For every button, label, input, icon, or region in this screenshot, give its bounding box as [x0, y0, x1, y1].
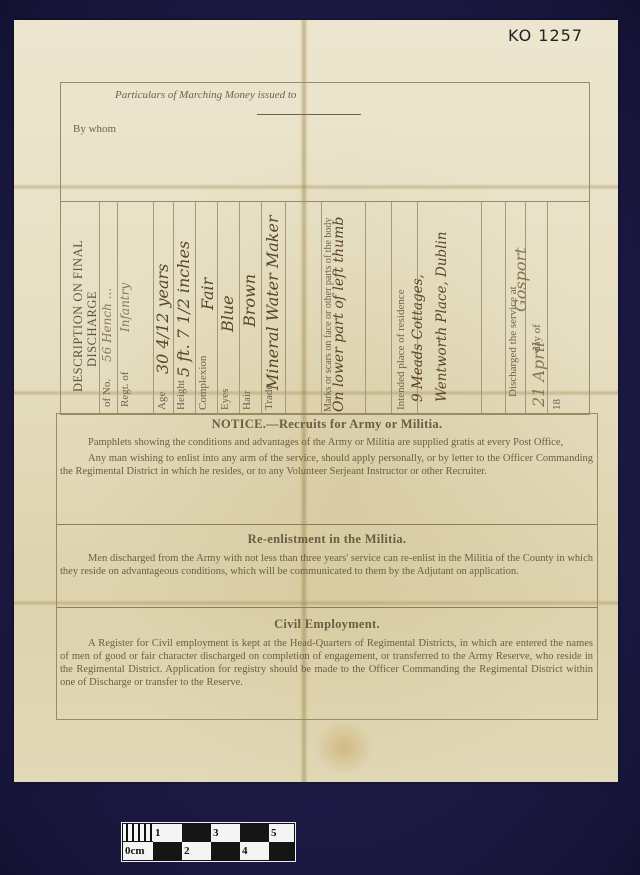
description-table: DESCRIPTION ON FINAL DISCHARGE of No. 56… — [60, 202, 590, 415]
notice-civil-employment: Civil Employment. A Register for Civil e… — [57, 617, 597, 689]
field-value-eyes: Blue — [218, 295, 237, 332]
field-value-marks: On lower part of left thumb — [331, 217, 347, 412]
field-value-no: 56 Hench ... — [100, 288, 114, 362]
water-stain — [314, 720, 374, 775]
scale-label-5: 5 — [269, 824, 294, 842]
notice-recruits-paragraph: Pamphlets showing the conditions and adv… — [57, 436, 597, 449]
field-value-complexion: Fair — [198, 278, 217, 310]
notice-reenlistment-title: Re-enlistment in the Militia. — [57, 532, 597, 547]
description-heading: DESCRIPTION ON FINAL — [71, 240, 86, 392]
field-value-trade: Mineral Water Maker — [263, 215, 282, 390]
field-label-height: Height — [175, 380, 187, 410]
field-label-age: Age — [156, 392, 168, 410]
notice-reenlistment-paragraph: Men discharged from the Army with not le… — [57, 552, 597, 578]
section-divider — [57, 607, 597, 608]
centimeter-scale-bar: 1 3 5 0cm 2 4 — [121, 822, 296, 862]
field-label-eyes: Eyes — [219, 389, 231, 410]
field-value-regt: Infantry — [118, 283, 132, 332]
notice-civil-employment-title: Civil Employment. — [57, 617, 597, 632]
marching-money-box: Particulars of Marching Money issued to … — [60, 82, 590, 202]
scale-label-0cm: 0cm — [123, 842, 153, 860]
scale-label-1: 1 — [153, 824, 182, 842]
notice-recruits-title: NOTICE.—Recruits for Army or Militia. — [57, 417, 597, 432]
description-subheading: DISCHARGE — [85, 291, 100, 367]
field-label-regt: Regt. of — [119, 372, 131, 407]
notice-recruits-paragraph: Any man wishing to enlist into any arm o… — [57, 452, 597, 478]
notice-recruits: NOTICE.—Recruits for Army or Militia. Pa… — [57, 417, 597, 478]
field-value-discharged: Gosport — [511, 247, 530, 312]
field-label-no: of No. — [101, 379, 113, 407]
field-label-complexion: Complexion — [197, 356, 209, 410]
notice-civil-employment-paragraph: A Register for Civil employment is kept … — [57, 637, 597, 689]
field-value-height: 5 ft. 7 1/2 inches — [174, 241, 193, 377]
discharge-document: KO 1257 Particulars of Marching Money is… — [14, 20, 618, 782]
scale-label-2: 2 — [182, 842, 211, 860]
scale-label-4: 4 — [240, 842, 269, 860]
marching-money-blank — [257, 114, 361, 115]
field-value-age: 30 4/12 years — [153, 264, 172, 374]
millimeter-ticks — [123, 824, 153, 841]
field-value-day: 21 April — [529, 342, 548, 407]
field-value-residence: 9 Meads Cottages, Wentworth Place, Dubli… — [406, 212, 454, 402]
scale-label-3: 3 — [211, 824, 240, 842]
section-divider — [57, 524, 597, 525]
field-label-hair: Hair — [241, 390, 253, 410]
field-value-hair: Brown — [240, 274, 259, 327]
notice-reenlistment: Re-enlistment in the Militia. Men discha… — [57, 532, 597, 578]
by-whom-label: By whom — [73, 123, 116, 135]
marching-money-label: Particulars of Marching Money issued to — [115, 89, 296, 101]
notices-box: NOTICE.—Recruits for Army or Militia. Pa… — [56, 413, 598, 720]
catalog-number: KO 1257 — [508, 26, 583, 45]
field-label-year: 18 — [551, 399, 563, 410]
